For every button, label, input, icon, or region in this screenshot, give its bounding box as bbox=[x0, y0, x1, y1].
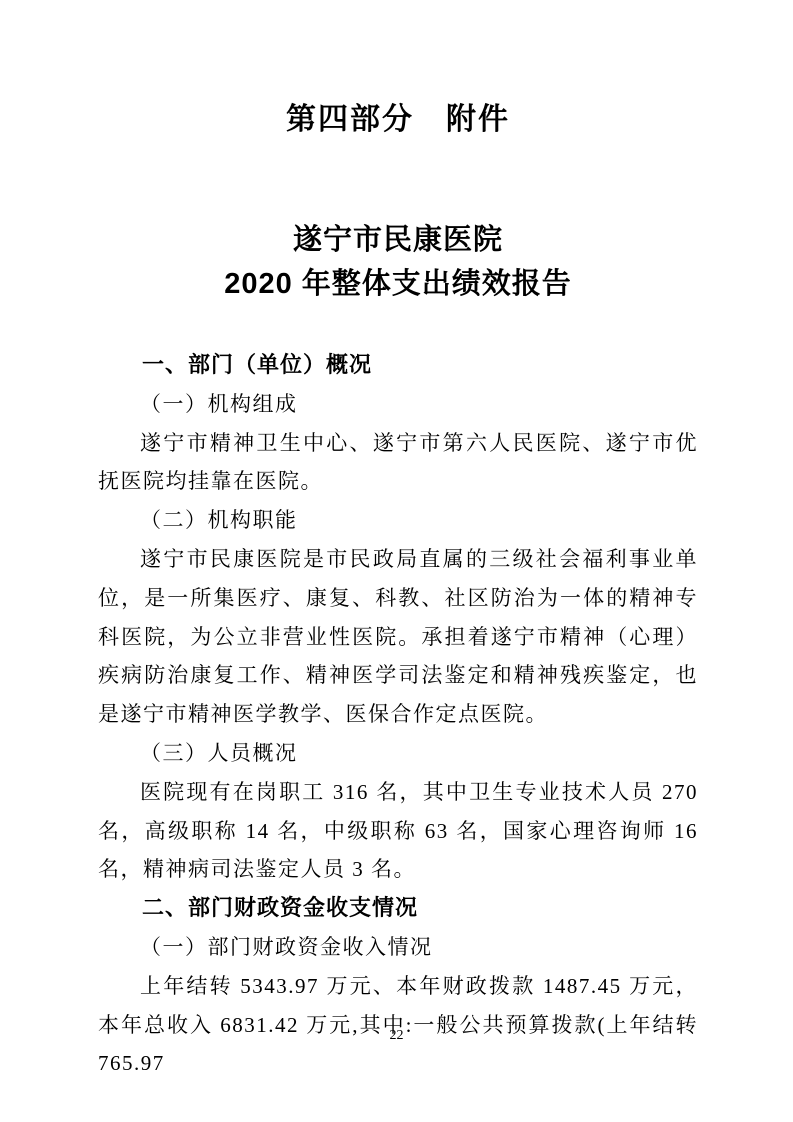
report-title-line2: 2020 年整体支出绩效报告 bbox=[98, 262, 698, 306]
page-number: 22 bbox=[0, 1028, 793, 1044]
report-title: 遂宁市民康医院 2020 年整体支出绩效报告 bbox=[98, 218, 698, 306]
subsection-heading-2-1: （一）部门财政资金收入情况 bbox=[98, 928, 698, 967]
document-body: 一、部门（单位）概况 （一）机构组成 遂宁市精神卫生中心、遂宁市第六人民医院、遂… bbox=[98, 346, 698, 1083]
subsection-heading-1-1: （一）机构组成 bbox=[98, 385, 698, 424]
part-title: 第四部分 附件 bbox=[98, 102, 698, 138]
subsection-heading-1-3: （三）人员概况 bbox=[98, 734, 698, 773]
subsection-heading-1-2: （二）机构职能 bbox=[98, 501, 698, 540]
report-title-line1: 遂宁市民康医院 bbox=[98, 218, 698, 262]
document-page: 第四部分 附件 遂宁市民康医院 2020 年整体支出绩效报告 一、部门（单位）概… bbox=[0, 0, 793, 1122]
paragraph-org-functions: 遂宁市民康医院是市民政局直属的三级社会福利事业单位，是一所集医疗、康复、科教、社… bbox=[98, 540, 698, 734]
paragraph-org-composition: 遂宁市精神卫生中心、遂宁市第六人民医院、遂宁市优抚医院均挂靠在医院。 bbox=[98, 424, 698, 502]
section-heading-2: 二、部门财政资金收支情况 bbox=[98, 889, 698, 928]
paragraph-personnel: 医院现有在岗职工 316 名，其中卫生专业技术人员 270 名，高级职称 14 … bbox=[98, 773, 698, 889]
section-heading-1: 一、部门（单位）概况 bbox=[98, 346, 698, 385]
paragraph-fiscal-income: 上年结转 5343.97 万元、本年财政拨款 1487.45 万元，本年总收入 … bbox=[98, 967, 698, 1083]
